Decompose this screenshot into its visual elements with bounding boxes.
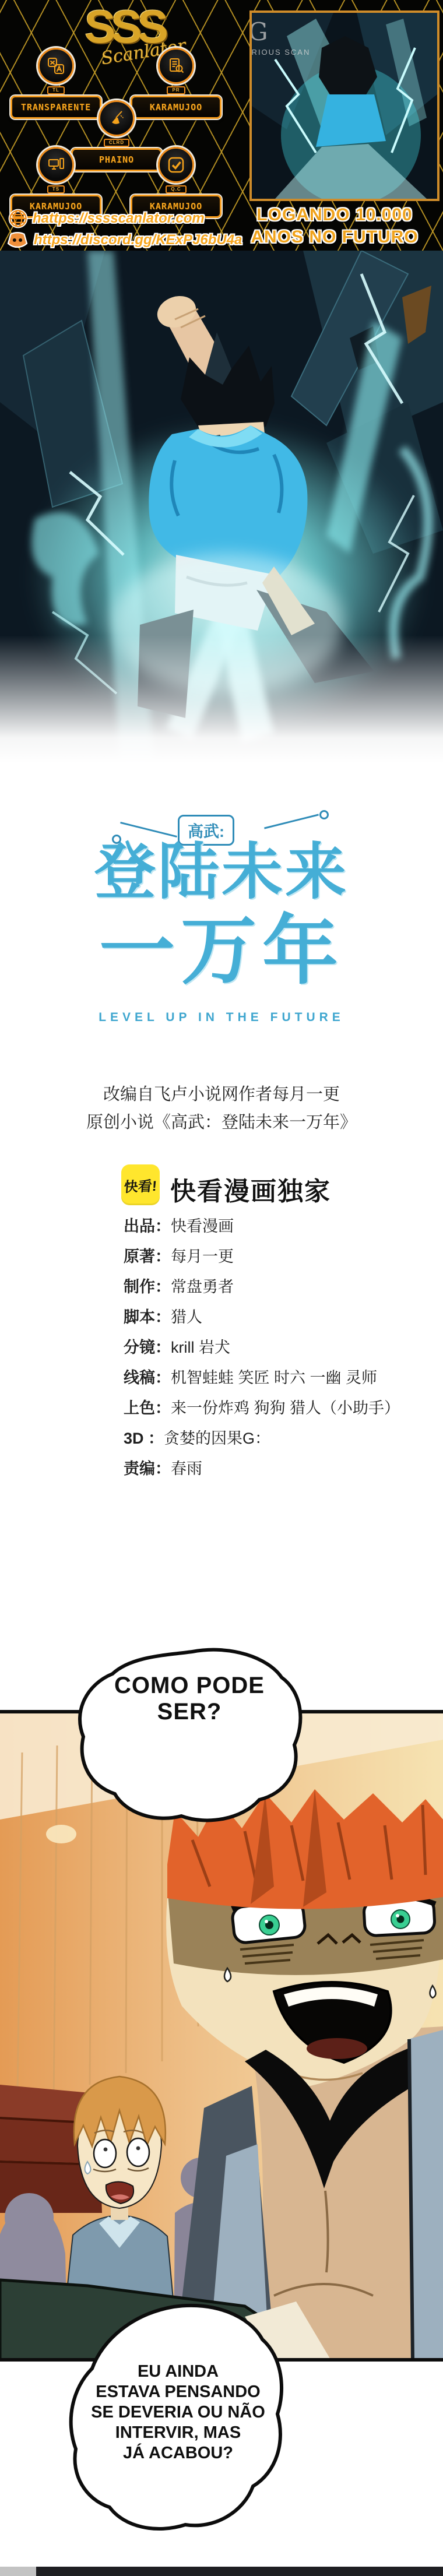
role-label: TL (47, 86, 65, 94)
next-panel-edge (0, 2567, 443, 2576)
website-url: hattps://sssscanlator.com (33, 210, 205, 227)
speech-bubble-1: COMO PODE SER? (67, 1647, 312, 1831)
attribution-line2: 原创小说《高武：登陆未来一万年》 (0, 1109, 443, 1133)
chapter-title-line1: LOGANDO 10.000 (232, 205, 437, 225)
role-label: CLRD (104, 139, 129, 147)
role-label: TS (47, 185, 65, 193)
credit-row: 责编：春雨 (124, 1454, 443, 1484)
credit-badge-typesetter: TS KARAMUJOO (10, 147, 101, 218)
speech-bubble-2: EU AINDA ESTAVA PENSANDO SE DEVERIA OU N… (57, 2301, 299, 2549)
circuit-line-right (264, 814, 319, 829)
credit-name: PHAINO (99, 154, 134, 165)
credit-row: 分镜：krill 岩犬 (124, 1332, 443, 1363)
credit-badge-quality-check: Q.C KARAMUJOO (131, 147, 221, 218)
website-link-row: hattps://sssscanlator.com (8, 209, 205, 228)
chapter-art (252, 13, 437, 199)
series-title-line2: 一万年 (0, 907, 443, 994)
platform-exclusive-label: 快看漫画独家 (170, 1170, 331, 1208)
credit-row: 原著：每月一更 (124, 1241, 443, 1272)
circuit-line-left (120, 822, 177, 837)
globe-icon (8, 209, 28, 228)
credit-row: 上色：来一份炸鸡 狗狗 猎人（小助手） (124, 1393, 443, 1423)
credit-row: 3D ：贪婪的因果G： (124, 1423, 443, 1454)
kuaikan-icon: 快看! (121, 1164, 160, 1205)
typeset-icon (47, 156, 65, 174)
credit-row: 线稿：机智蛙蛙 笑匠 时六 一幽 灵师 (124, 1363, 443, 1393)
watermark-monogram: G (249, 17, 268, 46)
speech-bubble-2-text: EU AINDA ESTAVA PENSANDO SE DEVERIA OU N… (57, 2362, 299, 2464)
next-panel-edge-highlight (0, 2567, 36, 2576)
kuaikan-icon-text: 快看! (124, 1174, 158, 1196)
role-label: PR (167, 86, 185, 94)
role-label: Q.C (166, 185, 186, 193)
chapter-title-line2: ANOS NO FUTURO (232, 227, 437, 247)
webtoon-page: SSS Scanlator TL TRANSPARENTE PR KARAMUJ… (0, 0, 443, 2576)
scanlator-header: SSS Scanlator TL TRANSPARENTE PR KARAMUJ… (0, 0, 443, 251)
proofread-icon (167, 57, 185, 75)
discord-link-row: https://discord.gg/KExPJ6bU4a (6, 231, 242, 249)
translate-icon (47, 57, 65, 75)
production-credits: 出品：快看漫画 原著：每月一更 制作：常盘勇者 脚本：猎人 分镜：krill 岩… (124, 1211, 443, 1484)
series-title-line1: 登陆未来 (0, 840, 443, 905)
hero-artwork (0, 251, 443, 763)
circuit-dot-right (319, 810, 329, 819)
attribution-line1: 改编自飞卢小说网作者每月一更 (0, 1081, 443, 1105)
credit-row: 制作：常盘勇者 (124, 1272, 443, 1302)
discord-url: https://discord.gg/KExPJ6bU4a (34, 232, 242, 248)
credit-row: 脚本：猎人 (124, 1302, 443, 1332)
speech-bubble-1-text: COMO PODE SER? (67, 1673, 312, 1725)
watermark-text: GLORIOUS SCAN (249, 48, 310, 57)
discord-icon (6, 231, 29, 249)
chapter-art-thumbnail: G GLORIOUS SCAN (249, 10, 440, 201)
credit-row: 出品：快看漫画 (124, 1211, 443, 1241)
quality-check-icon (167, 156, 185, 174)
cleaner-icon (108, 110, 125, 127)
series-title-subtitle: LEVEL UP IN THE FUTURE (0, 1011, 443, 1025)
